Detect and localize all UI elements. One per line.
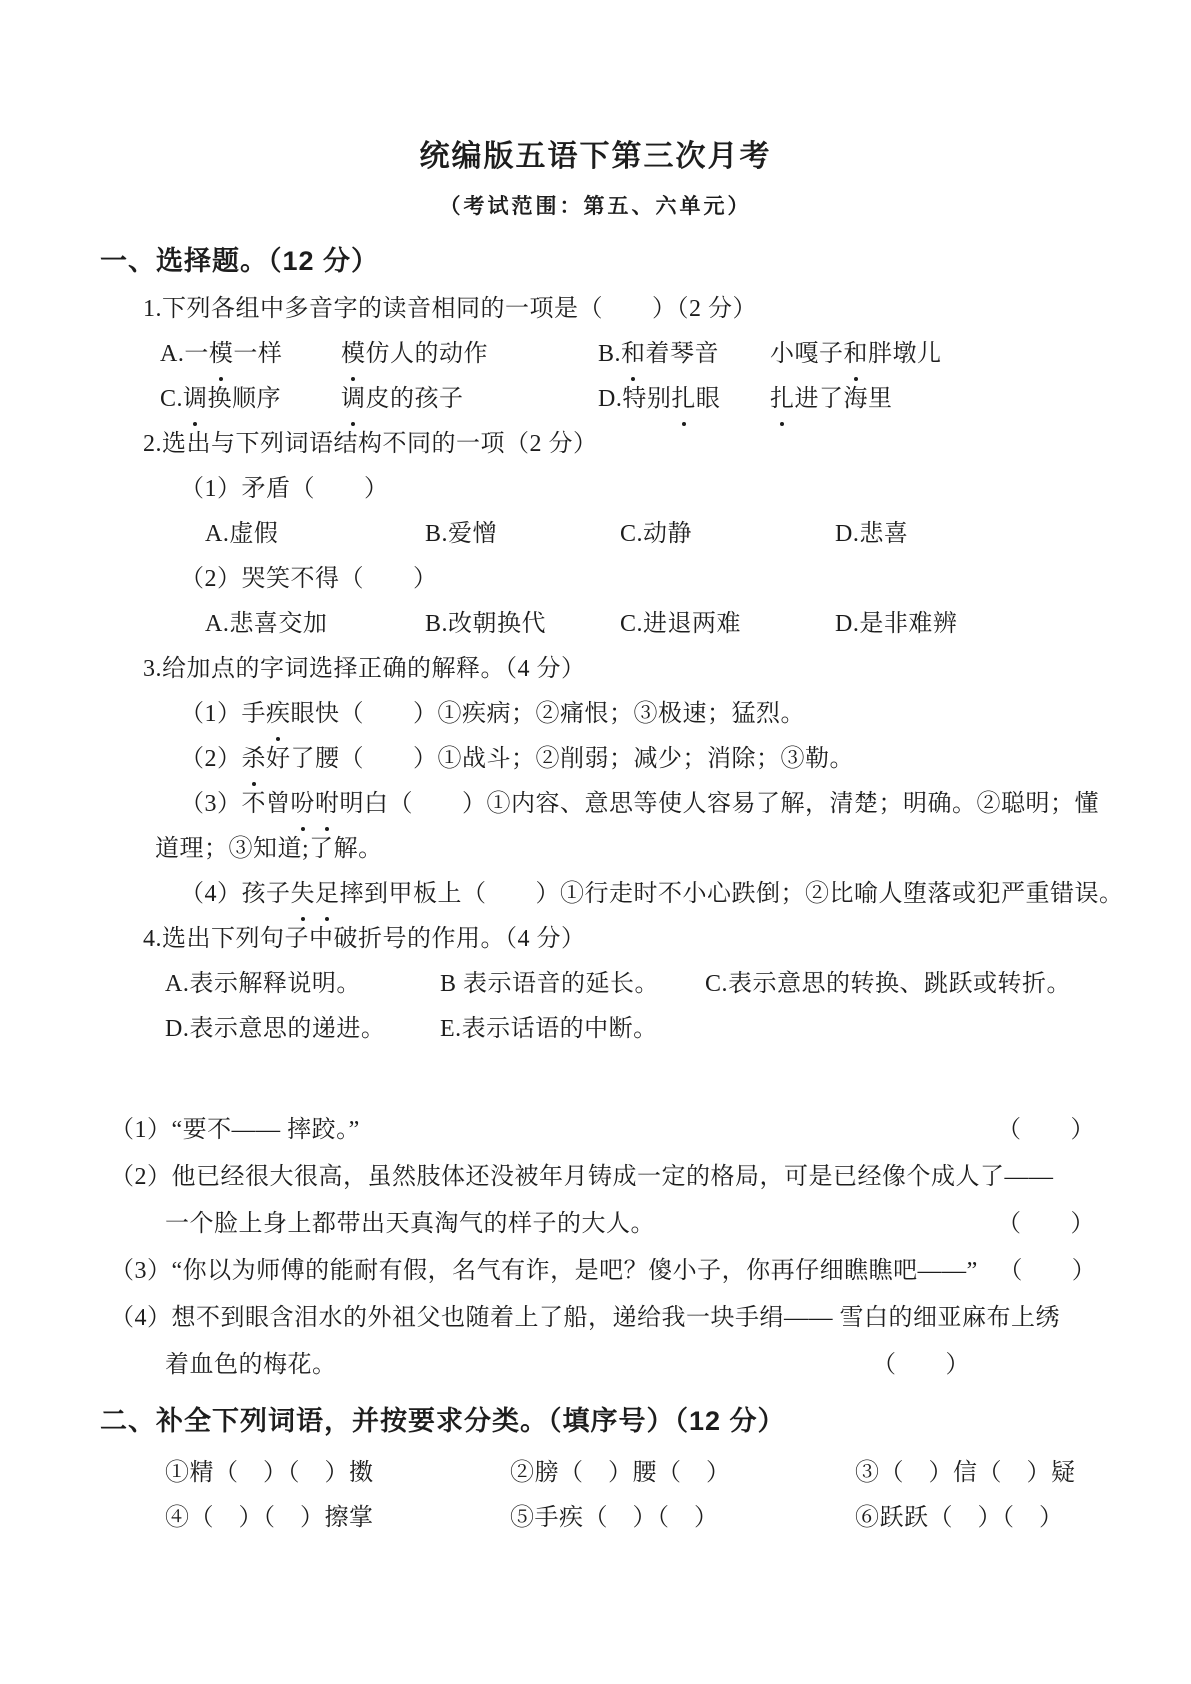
q4-legend-row-2: D.表示意思的递进。 E.表示话语的中断。 <box>165 1007 1191 1052</box>
q4-sentence-4-line-1: （4）想不到眼含泪水的外祖父也随着上了船，递给我一块手绢—— 雪白的细亚麻布上绣 <box>110 1295 1191 1342</box>
q4-sentence-2-line-2: 一个脸上身上都带出天真淘气的样子的大人。 （ ） <box>165 1201 1095 1248</box>
q2-sub1-option-row: A.虚假 B.爱憎 C.动静 D.悲喜 <box>205 512 1191 557</box>
q1-option-d-phrase-2: 扎进了海里 <box>770 377 893 422</box>
q4-legend-d: D.表示意思的递进。 <box>165 1007 440 1052</box>
word-completion-cell-5: ⑤手疾（ ）（ ） <box>510 1496 855 1541</box>
seg-pre: B. <box>598 341 621 367</box>
seg-post: 眼快（ ）①疾病；②痛恨；③极速；猛烈。 <box>291 701 806 727</box>
section-2-heading: 二、补全下列词语，并按要求分类。（填序号）（12 分） <box>100 1403 1191 1439</box>
q1-option-c-phrase-2: 调皮的孩子 <box>341 377 598 422</box>
answer-blank: （ ） <box>997 1107 1095 1154</box>
q1-option-d: D.特别扎眼 <box>598 377 770 422</box>
seg-post: 眼 <box>696 386 721 412</box>
q4-sentence-3: （3）“你以为师傅的能耐有假，名气有诈，是吧？傻小子，你再仔细瞧瞧吧——” （ … <box>110 1248 1191 1295</box>
sentence-text: （3）“你以为师傅的能耐有假，名气有诈，是吧？傻小子，你再仔细瞧瞧吧——” <box>110 1258 978 1284</box>
q4-legend-e: E.表示话语的中断。 <box>440 1007 658 1052</box>
q1-option-c: C.调换顺序 <box>160 377 341 422</box>
emphasized-char: 和 <box>844 332 869 377</box>
seg-post: 皮的孩子 <box>366 386 464 412</box>
seg-post: 一样 <box>233 341 282 367</box>
q2-sub2-label: （2）哭笑不得（ ） <box>180 557 1191 602</box>
seg-post: 胖墩儿 <box>868 341 942 367</box>
seg-post: 仿人的动作 <box>366 341 489 367</box>
seg-pre: （4）孩子 <box>180 881 291 907</box>
seg-pre: C. <box>160 386 183 412</box>
word-completion-cell-4: ④（ ）（ ）擦掌 <box>165 1496 510 1541</box>
q4-legend-row-1: A.表示解释说明。 B 表示语音的延长。 C.表示意思的转换、跳跃或转折。 <box>165 962 1191 1007</box>
emphasized-char: 调 <box>341 377 366 422</box>
sentence-text: 一个脸上身上都带出天真淘气的样子的大人。 <box>165 1201 655 1248</box>
q2-sub2-option-c: C.进退两难 <box>620 602 835 647</box>
seg-post: 好了腰（ ）①战斗；②削弱；减少；消除；③勒。 <box>266 746 854 772</box>
word-completion-cell-6: ⑥跃跃（ ）（ ） <box>855 1496 1064 1541</box>
word-completion-cell-3: ③（ ）信（ ）疑 <box>855 1451 1076 1496</box>
q2-sub1-label: （1）矛盾（ ） <box>180 467 1191 512</box>
q1-option-a: A.一模一样 <box>160 332 341 377</box>
q1-option-b-phrase-2: 小嘎子和胖墩儿 <box>770 332 942 377</box>
q1-stem: 1.下列各组中多音字的读音相同的一项是（ ）（2 分） <box>143 287 1191 332</box>
seg-pre: （2） <box>180 746 242 772</box>
seg-post: 换顺序 <box>208 386 282 412</box>
seg-pre: D.特别 <box>598 386 671 412</box>
q4-legend-a: A.表示解释说明。 <box>165 962 440 1007</box>
emphasized-char: 扎 <box>671 377 696 422</box>
seg-pre: （1）手 <box>180 701 266 727</box>
word-completion-row-2: ④（ ）（ ）擦掌 ⑤手疾（ ）（ ） ⑥跃跃（ ）（ ） <box>165 1496 1191 1541</box>
emphasized-char: 吩 <box>291 782 316 827</box>
answer-blank: （ ） <box>998 1258 1096 1284</box>
emphasized-char: 和 <box>621 332 646 377</box>
q4-legend-b: B 表示语音的延长。 <box>440 962 705 1007</box>
word-completion-cell-1: ①精（ ）（ ）擞 <box>165 1451 510 1496</box>
answer-blank: （ ） <box>997 1201 1095 1248</box>
emphasized-char: 杀 <box>242 737 267 782</box>
q3-stem: 3.给加点的字词选择正确的解释。（4 分） <box>143 647 1191 692</box>
emphasized-char: 模 <box>341 332 366 377</box>
sentence-text: （1）“要不—— 摔跤。” <box>110 1107 360 1154</box>
page-title: 统编版五语下第三次月考 <box>0 135 1191 179</box>
emphasized-char: 调 <box>183 377 208 422</box>
q3-item-3-continuation: 道理；③知道;了解。 <box>155 827 1191 872</box>
q2-sub1-option-d: D.悲喜 <box>835 512 908 557</box>
sentence-text: 着血色的梅花。 <box>165 1342 337 1389</box>
q2-sub2-option-d: D.是非难辨 <box>835 602 957 647</box>
q2-sub2-option-row: A.悲喜交加 B.改朝换代 C.进退两难 D.是非难辨 <box>205 602 1191 647</box>
q1-option-b: B.和着琴音 <box>598 332 770 377</box>
q3-item-2: （2）杀好了腰（ ）①战斗；②削弱；减少；消除；③勒。 <box>180 737 1191 782</box>
emphasized-char: 模 <box>209 332 234 377</box>
seg-pre: （3）不曾 <box>180 791 291 817</box>
q2-sub2-option-b: B.改朝换代 <box>425 602 620 647</box>
q2-sub1-option-b: B.爱憎 <box>425 512 620 557</box>
seg-post: 摔到甲板上（ ）①行走时不小心跌倒；②比喻人堕落或犯严重错误。 <box>340 881 1124 907</box>
q3-item-4: （4）孩子失足摔到甲板上（ ）①行走时不小心跌倒；②比喻人堕落或犯严重错误。 <box>180 872 1191 917</box>
q2-stem: 2.选出与下列词语结构不同的一项（2 分） <box>143 422 1191 467</box>
q2-sub1-option-c: C.动静 <box>620 512 835 557</box>
answer-blank: （ ） <box>872 1342 970 1389</box>
seg-post: 着琴音 <box>646 341 720 367</box>
q4-sentence-4-line-2: 着血色的梅花。 （ ） <box>165 1342 970 1389</box>
q4-stem: 4.选出下列句子中破折号的作用。（4 分） <box>143 917 1191 962</box>
q2-sub1-option-a: A.虚假 <box>205 512 425 557</box>
q1-option-row-2: C.调换顺序 调皮的孩子 D.特别扎眼 扎进了海里 <box>160 377 1191 422</box>
section-1-heading: 一、选择题。（12 分） <box>100 243 1191 279</box>
seg-post: 进了海里 <box>795 386 893 412</box>
seg-pre: 小嘎子 <box>770 341 844 367</box>
emphasized-char: 扎 <box>770 377 795 422</box>
q3-item-3: （3）不曾吩咐明白（ ）①内容、意思等使人容易了解，清楚；明确。②聪明；懂 <box>180 782 1191 827</box>
q4-sentence-1: （1）“要不—— 摔跤。” （ ） <box>110 1107 1095 1154</box>
q1-option-a-phrase-2: 模仿人的动作 <box>341 332 598 377</box>
exam-scope-subtitle: （考试范围：第五、六单元） <box>0 191 1191 221</box>
q4-sentence-2-line-1: （2）他已经很大很高，虽然肢体还没被年月铸成一定的格局，可是已经像个成人了—— <box>110 1154 1191 1201</box>
word-completion-cell-2: ②膀（ ）腰（ ） <box>510 1451 855 1496</box>
seg-pre: A.一 <box>160 341 209 367</box>
q3-item-1: （1）手疾眼快（ ）①疾病；②痛恨；③极速；猛烈。 <box>180 692 1191 737</box>
q2-sub2-option-a: A.悲喜交加 <box>205 602 425 647</box>
emphasized-char: 失 <box>291 872 316 917</box>
word-completion-row-1: ①精（ ）（ ）擞 ②膀（ ）腰（ ） ③（ ）信（ ）疑 <box>165 1451 1191 1496</box>
emphasized-char: 足 <box>315 872 340 917</box>
seg-post: 明白（ ）①内容、意思等使人容易了解，清楚；明确。②聪明；懂 <box>340 791 1100 817</box>
q1-option-row-1: A.一模一样 模仿人的动作 B.和着琴音 小嘎子和胖墩儿 <box>160 332 1191 377</box>
emphasized-char: 疾 <box>266 692 291 737</box>
emphasized-char: 咐 <box>315 782 340 827</box>
q4-legend-c: C.表示意思的转换、跳跃或转折。 <box>705 962 1071 1007</box>
exam-paper-page: 统编版五语下第三次月考 （考试范围：第五、六单元） 一、选择题。（12 分） 1… <box>0 0 1191 1684</box>
